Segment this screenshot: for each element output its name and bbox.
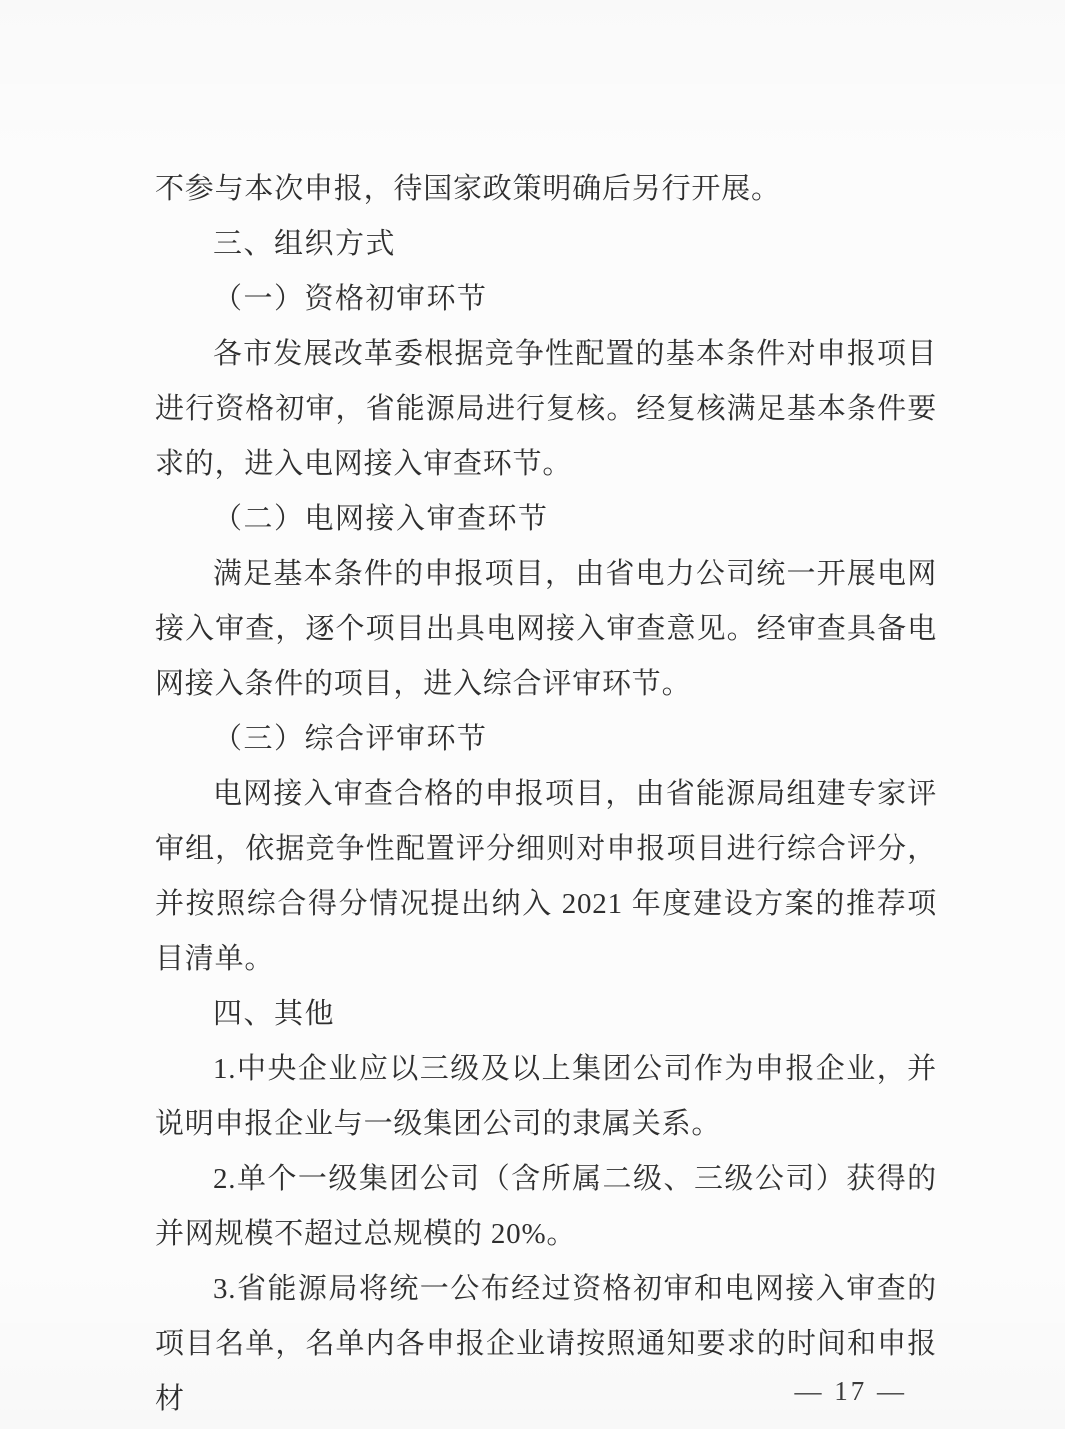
paragraph-grid-access-review: 满足基本条件的申报项目，由省电力公司统一开展电网接入审查，逐个项目出具电网接入审… — [155, 547, 937, 712]
paragraph-continuation: 不参与本次申报，待国家政策明确后另行开展。 — [155, 162, 937, 217]
section-heading-others: 四、其他 — [155, 987, 937, 1042]
section-heading-organization: 三、组织方式 — [155, 217, 937, 272]
paragraph-qualification-review: 各市发展改革委根据竞争性配置的基本条件对申报项目进行资格初审，省能源局进行复核。… — [155, 327, 937, 492]
page-number: — 17 — — [795, 1376, 908, 1407]
subheading-comprehensive-evaluation: （三）综合评审环节 — [155, 712, 937, 767]
subheading-grid-access-review: （二）电网接入审查环节 — [155, 492, 937, 547]
document-page: 不参与本次申报，待国家政策明确后另行开展。 三、组织方式 （一）资格初审环节 各… — [0, 0, 1065, 1429]
paragraph-others-item-2: 2.单个一级集团公司（含所属二级、三级公司）获得的并网规模不超过总规模的 20%… — [155, 1152, 937, 1262]
paragraph-comprehensive-evaluation: 电网接入审查合格的申报项目，由省能源局组建专家评审组，依据竞争性配置评分细则对申… — [155, 767, 937, 987]
subheading-qualification-review: （一）资格初审环节 — [155, 272, 937, 327]
paragraph-others-item-1: 1.中央企业应以三级及以上集团公司作为申报企业，并说明申报企业与一级集团公司的隶… — [155, 1042, 937, 1152]
document-body: 不参与本次申报，待国家政策明确后另行开展。 三、组织方式 （一）资格初审环节 各… — [155, 162, 937, 1427]
